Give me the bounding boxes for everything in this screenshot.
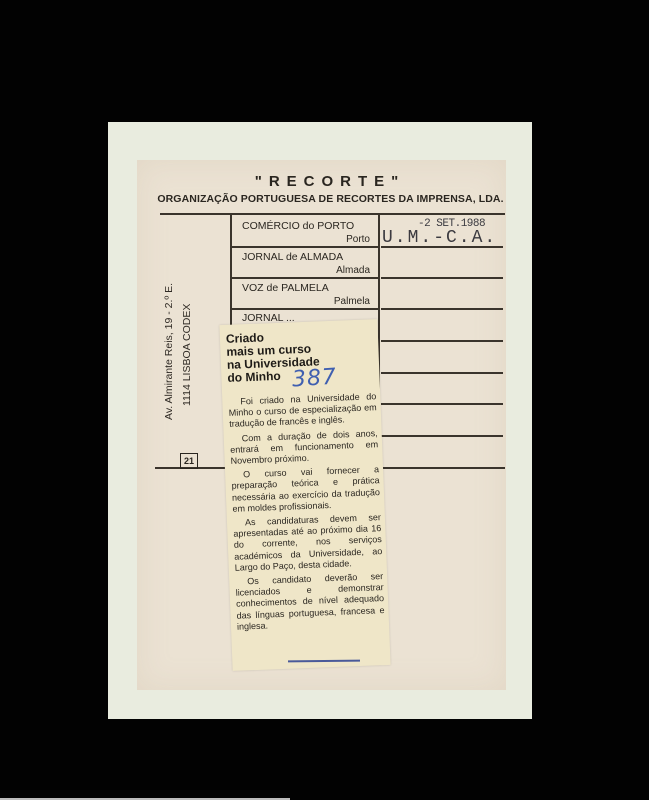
- row-rule: [381, 435, 503, 437]
- paragraph: O curso vai fornecer a preparação teóric…: [231, 464, 381, 514]
- newspaper-city: Porto: [300, 234, 370, 245]
- row-rule: [381, 403, 503, 405]
- organization-name: ORGANIZAÇÃO PORTUGUESA DE RECORTES DA IM…: [153, 193, 508, 205]
- paragraph: As candidaturas devem ser apresentadas a…: [233, 512, 383, 574]
- page-number: 21: [180, 453, 198, 469]
- paragraph: Foi criado na Universidade do Minho o cu…: [228, 391, 377, 430]
- row-rule: [381, 308, 503, 310]
- newspaper-name: COMÉRCIO do PORTO: [242, 220, 354, 232]
- row-rule: [231, 246, 378, 248]
- brand-title: "RECORTE": [150, 173, 510, 190]
- stamp-code: U.M.-C.A.: [382, 228, 497, 248]
- row-rule: [381, 340, 503, 342]
- clipping-body: Foi criado na Universidade do Minho o cu…: [228, 391, 385, 636]
- row-rule: [231, 308, 378, 310]
- newspaper-city: Almada: [300, 265, 370, 276]
- handwritten-number: 387: [291, 364, 338, 392]
- newspaper-name: JORNAL de ALMADA: [242, 251, 343, 263]
- address-line: 1114 LISBOA CODEX: [178, 240, 196, 420]
- row-rule: [381, 372, 503, 374]
- address-line: Av. Almirante Reis, 19 - 2.º E.: [160, 240, 178, 420]
- header-rule: [160, 213, 505, 215]
- company-address: Av. Almirante Reis, 19 - 2.º E. 1114 LIS…: [160, 240, 196, 420]
- newspaper-city: Palmela: [300, 296, 370, 307]
- paragraph: Com a duração de dois anos, entrará em f…: [230, 428, 379, 467]
- date-stamp: -2 SET.1988 U.M.-C.A.: [380, 218, 500, 252]
- row-rule: [381, 277, 503, 279]
- paragraph: Os candidato deverão ser licenciados e d…: [235, 571, 385, 633]
- newspaper-name: VOZ de PALMELA: [242, 282, 329, 294]
- row-rule: [231, 277, 378, 279]
